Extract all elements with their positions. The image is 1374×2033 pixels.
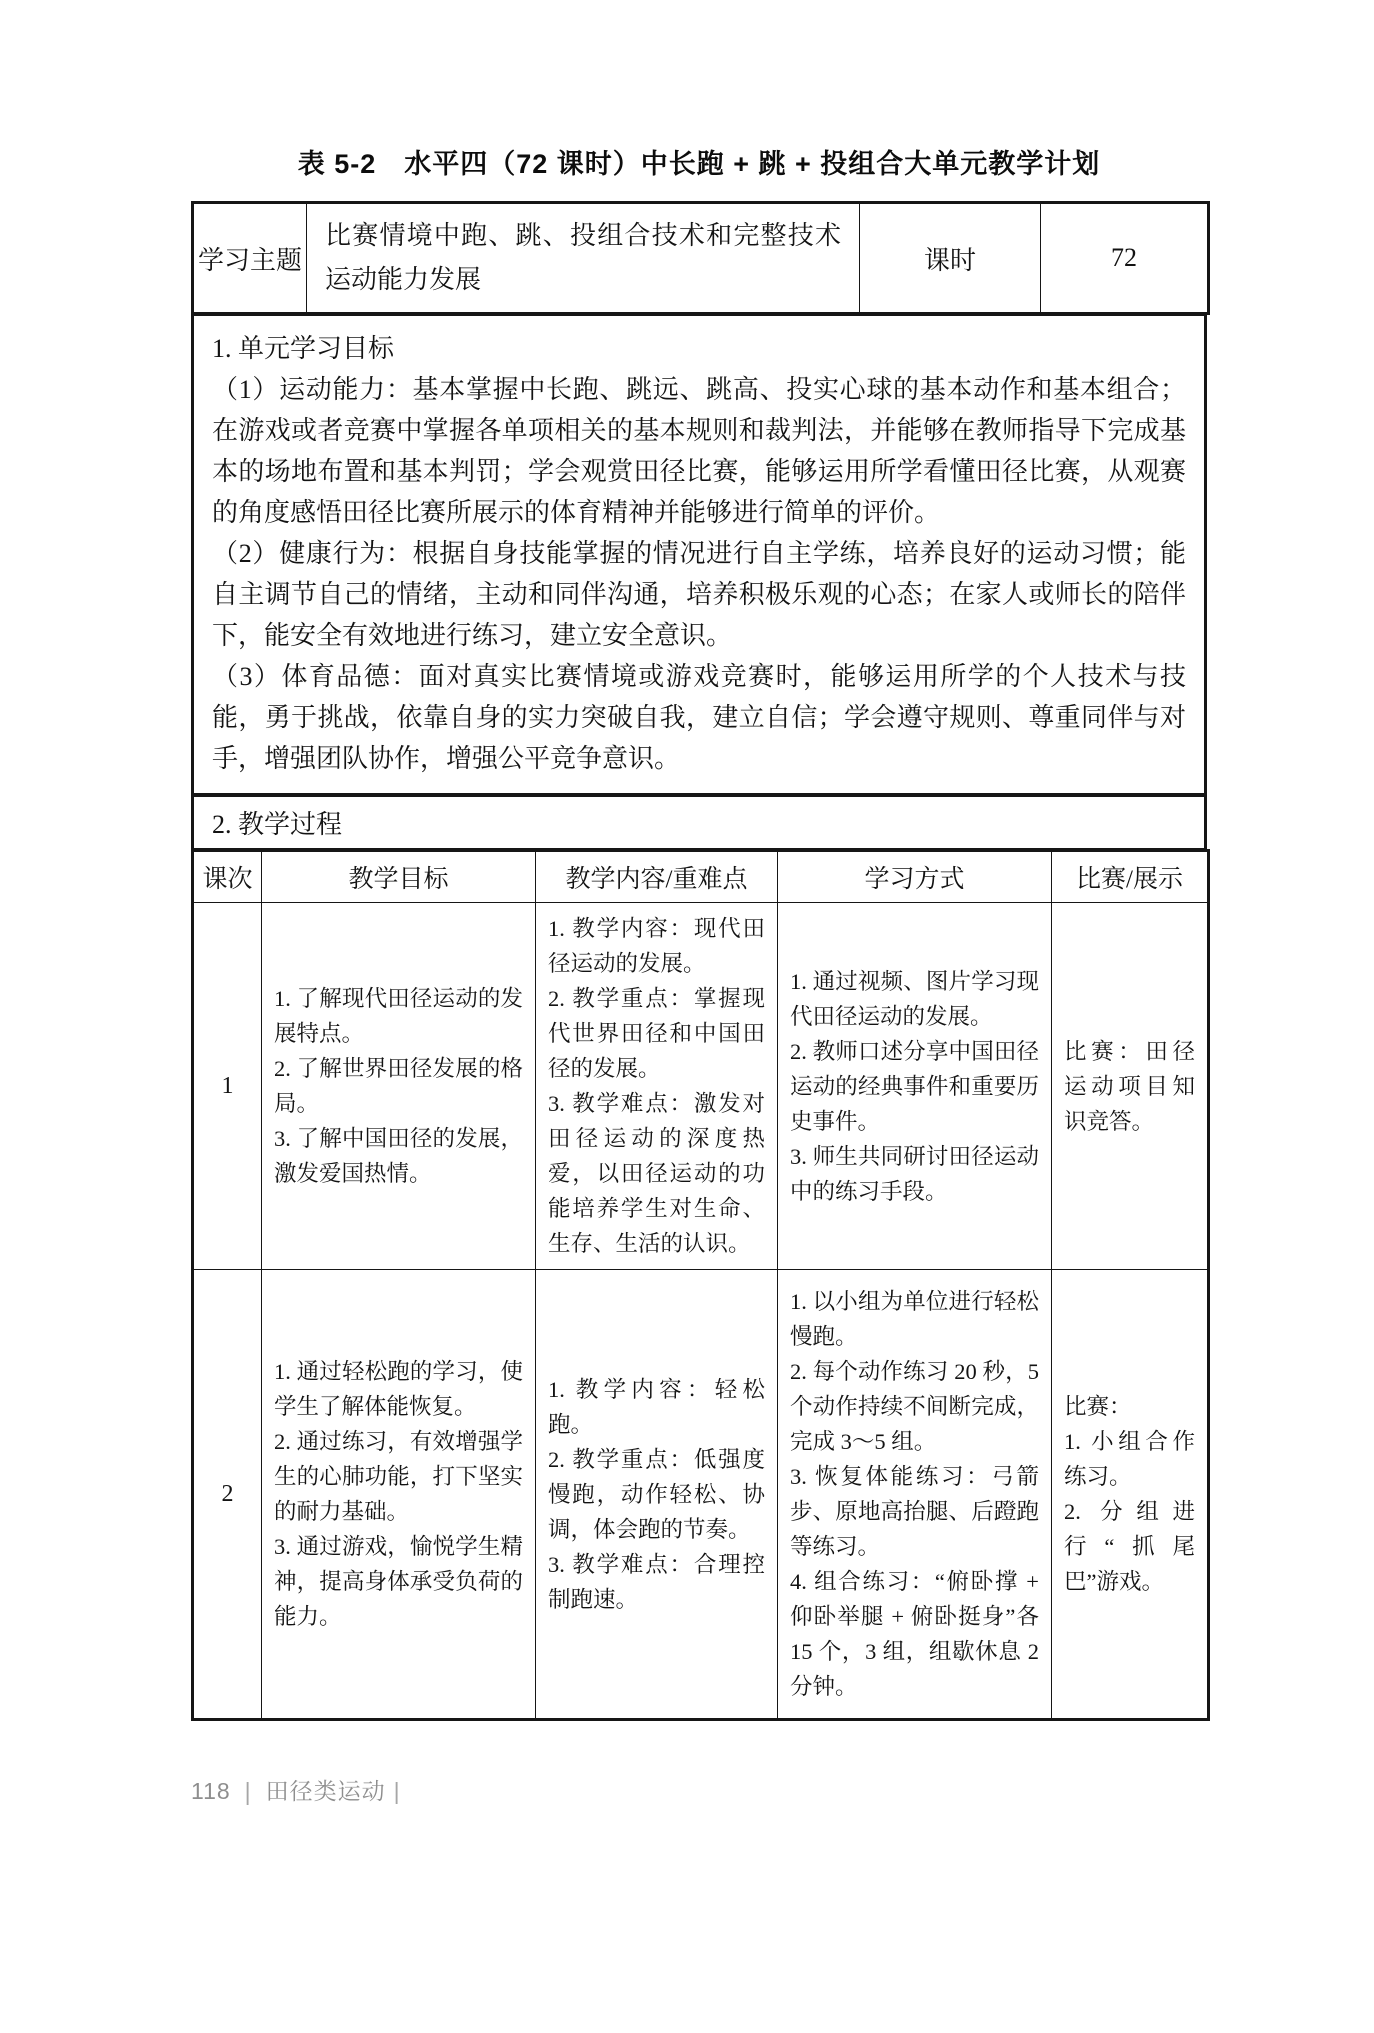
process-heading-row: 2. 教学过程 (193, 796, 1206, 850)
lesson-number-cell: 1 (193, 903, 262, 1270)
column-header-content: 教学内容/重难点 (536, 851, 778, 903)
show-cell: 比赛： 1. 小组合作练习。 2. 分组进行“抓尾巴”游戏。 (1052, 1270, 1209, 1720)
content-item: 1. 教学内容：轻松跑。 (548, 1372, 765, 1442)
content-item: 1. 教学内容：现代田径运动的发展。 (548, 911, 765, 981)
method-item: 2. 每个动作练习 20 秒，5 个动作持续不间断完成，完成 3～5 组。 (790, 1354, 1039, 1459)
footer-section-title: 田径类运动 (266, 1778, 386, 1804)
show-item: 比赛：田径运动项目知识竞答。 (1064, 1034, 1195, 1139)
goal-item: 1. 了解现代田径运动的发展特点。 (274, 981, 523, 1051)
info-table: 学习主题 比赛情境中跑、跳、投组合技术和完整技术运动能力发展 课时 72 (191, 201, 1210, 315)
column-header-goals: 教学目标 (262, 851, 536, 903)
document-page: { "page": { "title": "表 5-2 水平四（72 课时）中长… (0, 142, 1374, 2033)
schedule-header-row: 课次 教学目标 教学内容/重难点 学习方式 比赛/展示 (193, 851, 1209, 903)
footer-separator: | (245, 1777, 252, 1807)
methods-cell: 1. 通过视频、图片学习现代田径运动的发展。 2. 教师口述分享中国田径运动的经… (778, 903, 1052, 1270)
page-title: 表 5-2 水平四（72 课时）中长跑 + 跳 + 投组合大单元教学计划 (191, 142, 1207, 181)
objectives-table: 1. 单元学习目标 （1）运动能力：基本掌握中长跑、跳远、跳高、投实心球的基本动… (191, 313, 1207, 796)
method-item: 3. 师生共同研讨田径运动中的练习手段。 (790, 1139, 1039, 1209)
lesson-number-cell: 2 (193, 1270, 262, 1720)
objectives-cell: 1. 单元学习目标 （1）运动能力：基本掌握中长跑、跳远、跳高、投实心球的基本动… (193, 315, 1206, 795)
goal-item: 2. 了解世界田径发展的格局。 (274, 1051, 523, 1121)
info-row: 学习主题 比赛情境中跑、跳、投组合技术和完整技术运动能力发展 课时 72 (193, 203, 1209, 314)
goal-item: 3. 了解中国田径的发展，激发爱国热情。 (274, 1121, 523, 1191)
goal-item: 3. 通过游戏，愉悦学生精神，提高身体承受负荷的能力。 (274, 1529, 523, 1634)
method-item: 2. 教师口述分享中国田径运动的经典事件和重要历史事件。 (790, 1034, 1039, 1139)
schedule-row-2: 2 1. 通过轻松跑的学习，使学生了解体能恢复。 2. 通过练习，有效增强学生的… (193, 1270, 1209, 1720)
theme-label-cell: 学习主题 (193, 203, 307, 314)
goals-cell: 1. 通过轻松跑的学习，使学生了解体能恢复。 2. 通过练习，有效增强学生的心肺… (262, 1270, 536, 1720)
hours-label-cell: 课时 (860, 203, 1041, 314)
objectives-heading: 1. 单元学习目标 (212, 328, 1186, 369)
footer-trailing-separator: | (394, 1778, 401, 1805)
goal-item: 1. 通过轻松跑的学习，使学生了解体能恢复。 (274, 1354, 523, 1424)
hours-value-cell: 72 (1041, 203, 1209, 314)
show-item: 2. 分组进行“抓尾巴”游戏。 (1064, 1494, 1195, 1599)
content-item: 3. 教学难点：合理控制跑速。 (548, 1547, 765, 1617)
page-footer: 118|田径类运动| (191, 1773, 1374, 1806)
schedule-table: 课次 教学目标 教学内容/重难点 学习方式 比赛/展示 1 1. 了解现代田径运… (191, 849, 1210, 1721)
column-header-show: 比赛/展示 (1052, 851, 1209, 903)
method-item: 4. 组合练习：“俯卧撑 + 仰卧举腿 + 俯卧挺身”各 15 个，3 组，组歇… (790, 1564, 1039, 1704)
show-item: 1. 小组合作练习。 (1064, 1424, 1195, 1494)
goal-item: 2. 通过练习，有效增强学生的心肺功能，打下坚实的耐力基础。 (274, 1424, 523, 1529)
methods-cell: 1. 以小组为单位进行轻松慢跑。 2. 每个动作练习 20 秒，5 个动作持续不… (778, 1270, 1052, 1720)
show-cell: 比赛：田径运动项目知识竞答。 (1052, 903, 1209, 1270)
method-item: 1. 通过视频、图片学习现代田径运动的发展。 (790, 964, 1039, 1034)
objectives-row: 1. 单元学习目标 （1）运动能力：基本掌握中长跑、跳远、跳高、投实心球的基本动… (193, 315, 1206, 795)
content-item: 2. 教学重点：掌握现代世界田径和中国田径的发展。 (548, 981, 765, 1086)
theme-value-cell: 比赛情境中跑、跳、投组合技术和完整技术运动能力发展 (307, 203, 860, 314)
content-item: 3. 教学难点：激发对田径运动的深度热爱，以田径运动的功能培养学生对生命、生存、… (548, 1086, 765, 1261)
process-heading-cell: 2. 教学过程 (193, 796, 1206, 850)
method-item: 3. 恢复体能练习：弓箭步、原地高抬腿、后蹬跑等练习。 (790, 1459, 1039, 1564)
method-item: 1. 以小组为单位进行轻松慢跑。 (790, 1284, 1039, 1354)
goals-cell: 1. 了解现代田径运动的发展特点。 2. 了解世界田径发展的格局。 3. 了解中… (262, 903, 536, 1270)
show-item: 比赛： (1064, 1389, 1195, 1424)
page-content: 表 5-2 水平四（72 课时）中长跑 + 跳 + 投组合大单元教学计划 学习主… (191, 142, 1207, 1721)
objective-sports-morality: （3）体育品德：面对真实比赛情境或游戏竞赛时，能够运用所学的个人技术与技能，勇于… (212, 656, 1186, 779)
objective-motor-ability: （1）运动能力：基本掌握中长跑、跳远、跳高、投实心球的基本动作和基本组合；在游戏… (212, 369, 1186, 533)
column-header-methods: 学习方式 (778, 851, 1052, 903)
schedule-row-1: 1 1. 了解现代田径运动的发展特点。 2. 了解世界田径发展的格局。 3. 了… (193, 903, 1209, 1270)
content-cell: 1. 教学内容：现代田径运动的发展。 2. 教学重点：掌握现代世界田径和中国田径… (536, 903, 778, 1270)
content-cell: 1. 教学内容：轻松跑。 2. 教学重点：低强度慢跑，动作轻松、协调，体会跑的节… (536, 1270, 778, 1720)
page-number: 118 (191, 1778, 231, 1804)
process-heading-table: 2. 教学过程 (191, 794, 1207, 851)
column-header-lesson: 课次 (193, 851, 262, 903)
objective-health-behavior: （2）健康行为：根据自身技能掌握的情况进行自主学练，培养良好的运动习惯；能自主调… (212, 533, 1186, 656)
content-item: 2. 教学重点：低强度慢跑，动作轻松、协调，体会跑的节奏。 (548, 1442, 765, 1547)
